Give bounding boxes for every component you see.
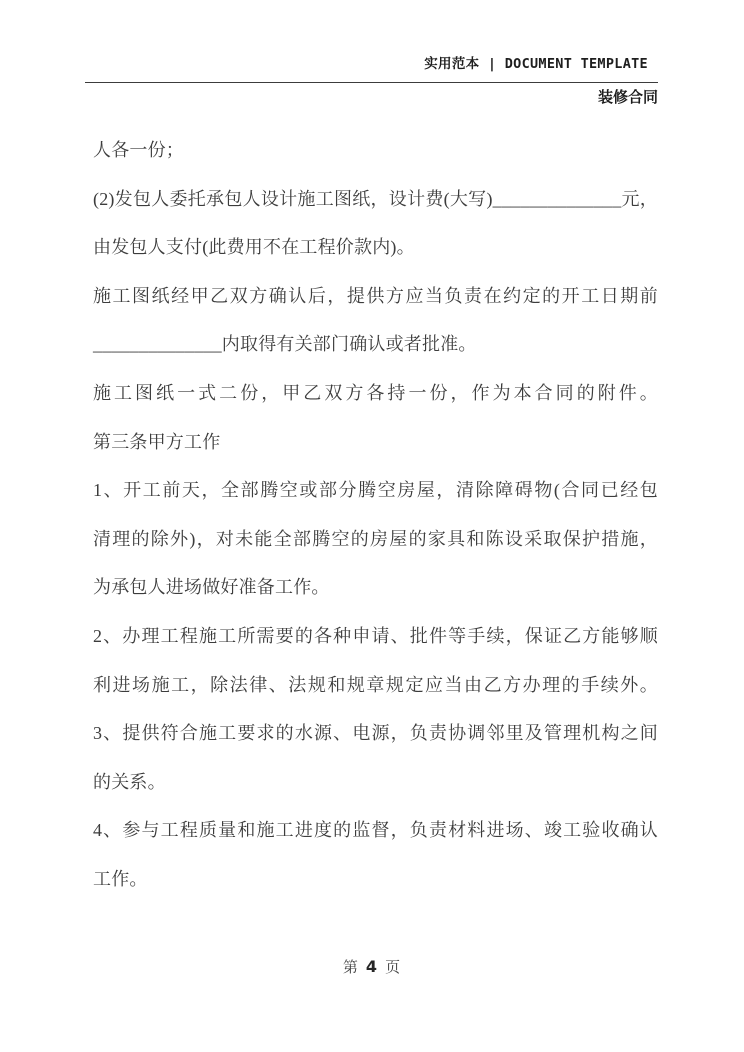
body-line: 4、参与工程质量和施工进度的监督，负责材料进场、竣工验收确认 — [93, 806, 658, 855]
body-line: 清理的除外)，对未能全部腾空的房屋的家具和陈设采取保护措施， — [93, 515, 658, 564]
header-rule — [85, 82, 658, 83]
body-line: 人各一份； — [93, 126, 658, 175]
body-line: ______________内取得有关部门确认或者批准。 — [93, 320, 658, 369]
page-footer: 第4页 — [0, 956, 744, 977]
body-line: 1、开工前天，全部腾空或部分腾空房屋，清除障碍物(合同已经包 — [93, 466, 658, 515]
body-line: 工作。 — [93, 855, 658, 904]
body-line: 利进场施工，除法律、法规和规章规定应当由乙方办理的手续外。 — [93, 661, 658, 710]
body-line: 为承包人进场做好准备工作。 — [93, 563, 658, 612]
body-line: 的关系。 — [93, 758, 658, 807]
page-header: 实用范本 | DOCUMENT TEMPLATE 装修合同 — [85, 55, 658, 108]
header-doc-title: 装修合同 — [85, 88, 658, 108]
page-number: 4 — [366, 957, 378, 976]
page-number-suffix: 页 — [385, 960, 401, 976]
body-line: 施工图纸一式二份，甲乙双方各持一份，作为本合同的附件。 — [93, 369, 658, 418]
body-line: (2)发包人委托承包人设计施工图纸，设计费(大写)______________元… — [93, 175, 658, 224]
page-number-prefix: 第 — [343, 960, 359, 976]
body-line: 3、提供符合施工要求的水源、电源，负责协调邻里及管理机构之间 — [93, 709, 658, 758]
document-body: 人各一份； (2)发包人委托承包人设计施工图纸，设计费(大写)_________… — [93, 126, 658, 904]
body-line: 2、办理工程施工所需要的各种申请、批件等手续，保证乙方能够顺 — [93, 612, 658, 661]
body-line: 第三条甲方工作 — [93, 418, 658, 467]
document-page: 实用范本 | DOCUMENT TEMPLATE 装修合同 人各一份； (2)发… — [0, 0, 744, 1052]
body-line: 由发包人支付(此费用不在工程价款内)。 — [93, 223, 658, 272]
header-brand: 实用范本 | DOCUMENT TEMPLATE — [85, 55, 658, 73]
body-line: 施工图纸经甲乙双方确认后，提供方应当负责在约定的开工日期前 — [93, 272, 658, 321]
